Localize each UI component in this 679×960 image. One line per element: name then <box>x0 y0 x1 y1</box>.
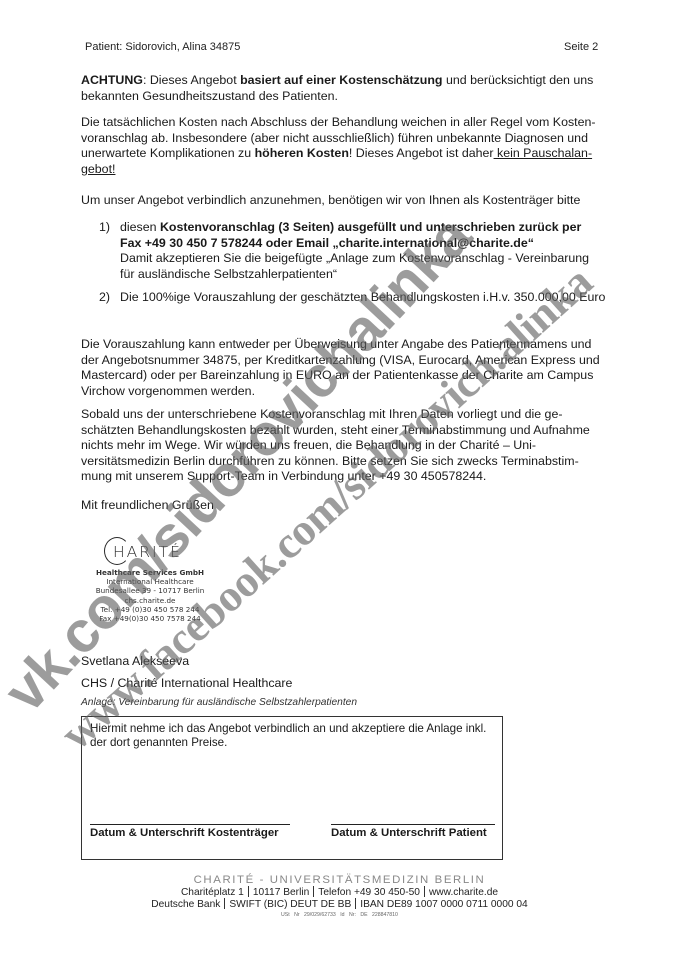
signature-line-payer[interactable] <box>90 824 290 825</box>
divider <box>424 886 425 897</box>
divider <box>248 886 249 897</box>
divider <box>313 886 314 897</box>
charite-stamp: HARITÉ Healthcare Services GmbH Internat… <box>94 536 206 623</box>
divider <box>224 898 225 909</box>
signatory-organization: CHS / Charité International Healthcare <box>81 676 292 690</box>
warning-label: ACHTUNG <box>81 73 143 87</box>
closing-greeting: Mit freundlichen Grüßen <box>81 498 601 514</box>
cost-disclaimer-paragraph: Die tatsächlichen Kosten nach Abschluss … <box>81 115 601 177</box>
acceptance-box: Hiermit nehme ich das Angebot verbindlic… <box>81 716 503 860</box>
payment-methods-paragraph: Die Vorauszahlung kann entweder per Über… <box>81 337 601 399</box>
page-number: Seite 2 <box>564 41 598 53</box>
attachment-note: Anlage: Vereinbarung für ausländische Se… <box>81 697 357 708</box>
acceptance-intro-paragraph: Um unser Angebot verbindlich anzunehmen,… <box>81 193 601 209</box>
list-number: 2) <box>99 290 110 306</box>
footer-title: CHARITÉ - UNIVERSITÄTSMEDIZIN BERLIN <box>0 874 679 886</box>
signature-label-payer: Datum & Unterschrift Kostenträger <box>90 827 279 839</box>
return-instructions: Kostenvoranschlag (3 Seiten) ausgefüllt … <box>120 220 581 250</box>
signature-label-patient: Datum & Unterschrift Patient <box>331 827 487 839</box>
signature-line-patient[interactable] <box>331 824 495 825</box>
acceptance-statement: Hiermit nehme ich das Angebot verbindlic… <box>90 722 490 751</box>
scheduling-paragraph: Sobald uns der unterschriebene Kostenvor… <box>81 407 601 485</box>
signatory-name: Svetlana Alekseeva <box>81 654 189 668</box>
document-page: Patient: Sidorovich, Alina 34875 Seite 2… <box>0 0 679 960</box>
prepayment-amount-text: Die 100%ige Vorauszahlung der geschätzte… <box>120 290 606 306</box>
charite-logo: HARITÉ <box>94 536 206 566</box>
warning-paragraph: ACHTUNG: Dieses Angebot basiert auf eine… <box>81 73 601 104</box>
stamp-address: Healthcare Services GmbH International H… <box>94 568 206 623</box>
divider <box>355 898 356 909</box>
footer-bank: Deutsche BankSWIFT (BIC) DEUT DE BBIBAN … <box>0 898 679 910</box>
patient-header: Patient: Sidorovich, Alina 34875 <box>85 41 240 53</box>
footer-address: Charitéplatz 110117 BerlinTelefon +49 30… <box>0 886 679 898</box>
list-number: 1) <box>99 220 110 236</box>
footer-tax-ids: USt Nr 29/029/62733 Id Nr: DE 228847810 <box>0 912 679 918</box>
